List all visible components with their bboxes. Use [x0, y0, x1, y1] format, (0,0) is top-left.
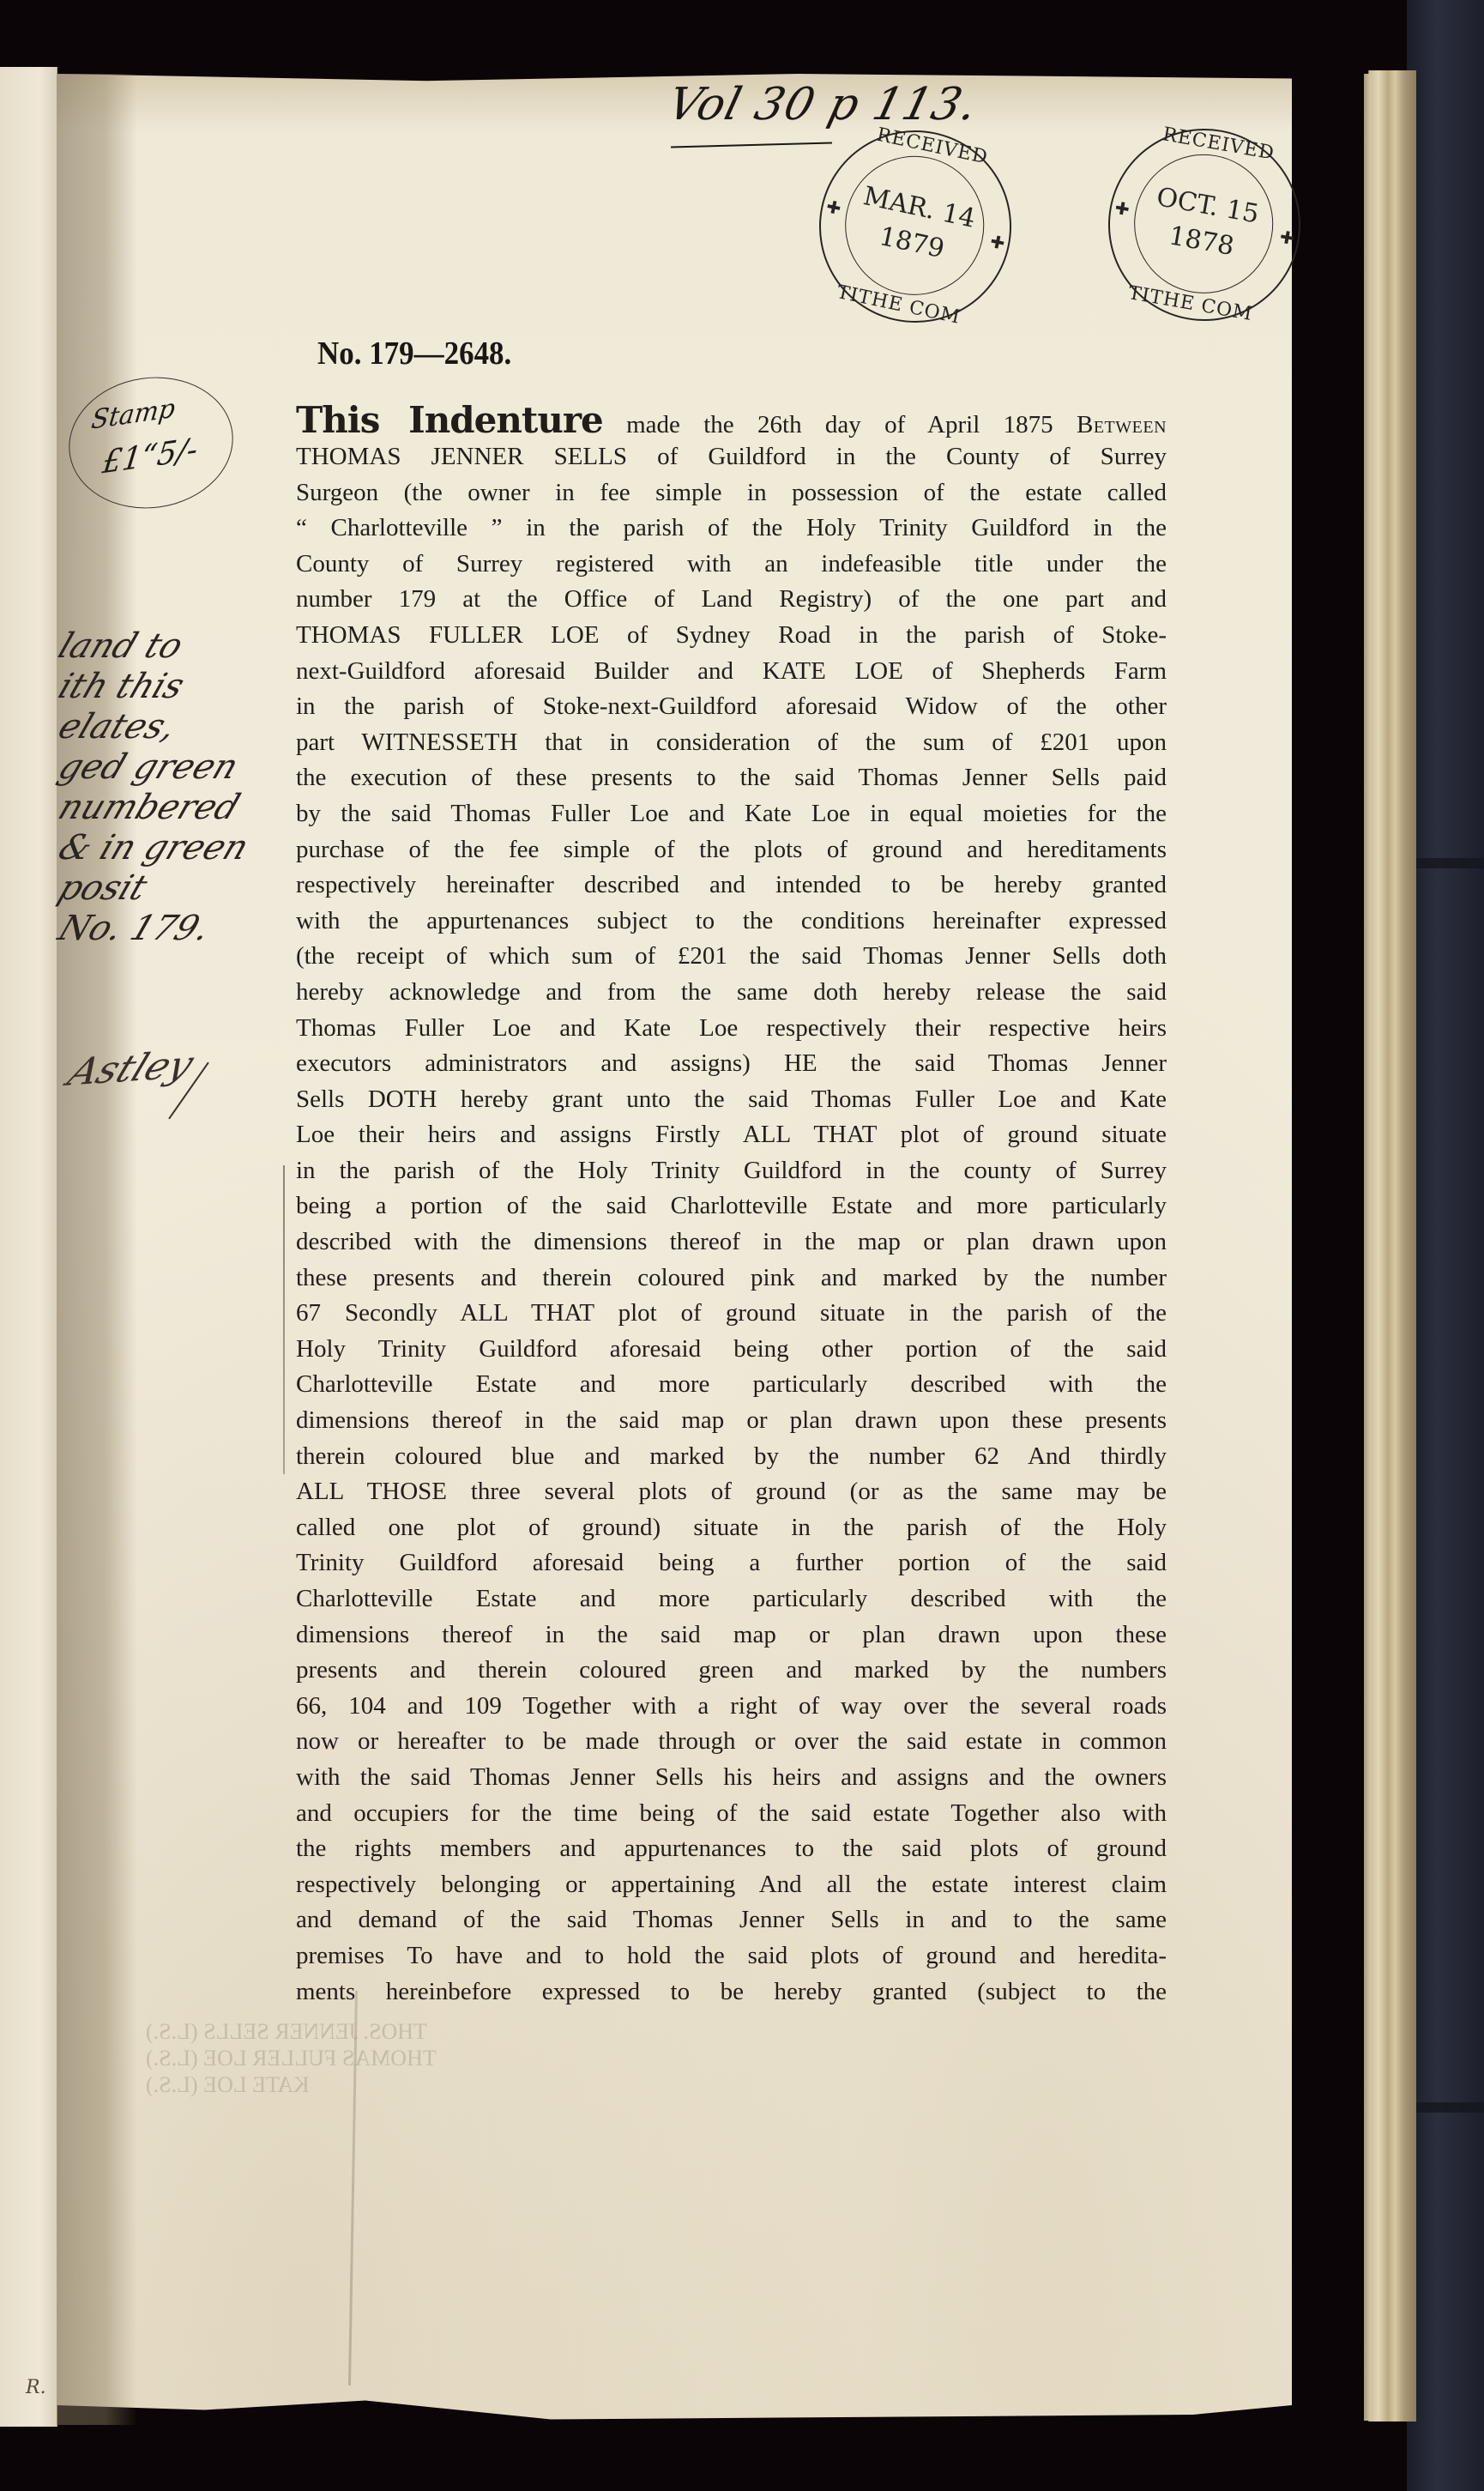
deed-line: Surgeon (the owner in fee simple in poss…	[296, 475, 1167, 511]
deed-line: executors administrators and assigns) HE…	[296, 1046, 1167, 1082]
cover-band	[1415, 2102, 1484, 2113]
deed-line: Loe their heirs and assigns Firstly ALL …	[296, 1117, 1167, 1153]
margin-line: & in green	[52, 828, 307, 868]
deed-line: 66, 104 and 109 Together with a right of…	[296, 1689, 1167, 1725]
deed-line: THOMAS JENNER SELLS of Guildford in the …	[296, 439, 1167, 475]
deed-line: next-Guildford aforesaid Builder and KAT…	[296, 654, 1167, 690]
margin-line: ged green	[52, 747, 307, 788]
deed-line: Thomas Fuller Loe and Kate Loe respectiv…	[296, 1011, 1167, 1047]
stamp-duty-label: Stamp	[89, 393, 177, 436]
deed-line: and demand of the said Thomas Jenner Sel…	[296, 1902, 1167, 1938]
deed-line: the execution of these presents to the s…	[296, 760, 1167, 796]
opening-blackletter: This Indenture	[296, 399, 603, 441]
deed-line: Trinity Guildford aforesaid being a furt…	[296, 1545, 1167, 1581]
margin-line: ith this	[52, 667, 307, 707]
between-word: Between	[1077, 411, 1167, 438]
deed-line: purchase of the fee simple of the plots …	[296, 832, 1167, 868]
stacked-page-edges	[1368, 70, 1416, 2421]
showthrough-line: THOMAS FULLER LOE (L.S.)	[146, 2045, 566, 2071]
deed-line: presents and therein coloured green and …	[296, 1653, 1167, 1689]
deed-line: these presents and therein coloured pink…	[296, 1261, 1167, 1297]
deed-body: This Indenture made the 26th day of Apri…	[296, 396, 1167, 2010]
deed-line: County of Surrey registered with an inde…	[296, 547, 1167, 583]
deed-line-1: This Indenture made the 26th day of Apri…	[296, 396, 1167, 439]
deed-line: number 179 at the Office of Land Registr…	[296, 582, 1167, 618]
opening-text: made the 26th day of April 1875	[626, 411, 1053, 438]
deed-line: in the parish of the Holy Trinity Guildf…	[296, 1153, 1167, 1189]
margin-line: No. 179.	[52, 909, 307, 949]
deed-line: ments hereinbefore expressed to be hereb…	[296, 1974, 1167, 2010]
deed-line: Holy Trinity Guildford aforesaid being o…	[296, 1332, 1167, 1368]
deed-line: with the said Thomas Jenner Sells his he…	[296, 1760, 1167, 1796]
deed-line: described with the dimensions thereof in…	[296, 1224, 1167, 1261]
deed-line: part WITNESSETH that in consideration of…	[296, 725, 1167, 761]
deed-line: being a portion of the said Charlottevil…	[296, 1188, 1167, 1224]
deed-line: Sells DOTH hereby grant unto the said Th…	[296, 1082, 1167, 1118]
deed-line: respectively hereinafter described and i…	[296, 868, 1167, 904]
deed-line: therein coloured blue and marked by the …	[296, 1439, 1167, 1475]
deed-line: in the parish of Stoke-next-Guildford af…	[296, 689, 1167, 725]
showthrough-line: KATE LOE (L.S.)	[146, 2071, 566, 2098]
deed-line: called one plot of ground) situate in th…	[296, 1510, 1167, 1546]
deed-line: Charlotteville Estate and more particula…	[296, 1367, 1167, 1403]
margin-annotation: land to ith this elates, ged green numbe…	[60, 626, 300, 949]
cover-band	[1415, 858, 1484, 868]
deed-line: now or hereafter to be made through or o…	[296, 1724, 1167, 1760]
pencil-bracket-mark	[283, 1165, 285, 1474]
deed-line: “ Charlotteville ” in the parish of the …	[296, 511, 1167, 547]
deed-line: 67 Secondly ALL THAT plot of ground situ…	[296, 1296, 1167, 1332]
deed-line: Charlotteville Estate and more particula…	[296, 1581, 1167, 1617]
deed-line: the rights members and appurtenances to …	[296, 1831, 1167, 1867]
showthrough-line: THOS. JENNER SELLS (L.S.)	[146, 2018, 566, 2045]
deed-line: hereby acknowledge and from the same dot…	[296, 975, 1167, 1011]
book-cover-right	[1407, 0, 1484, 2491]
deed-line: premises To have and to hold the said pl…	[296, 1938, 1167, 1974]
deed-line: respectively belonging or appertaining A…	[296, 1867, 1167, 1903]
deed-line: by the said Thomas Fuller Loe and Kate L…	[296, 796, 1167, 832]
left-facing-page	[0, 67, 57, 2427]
deed-line: dimensions thereof in the said map or pl…	[296, 1403, 1167, 1439]
deed-number: No. 179—2648.	[317, 335, 511, 372]
margin-line: land to	[52, 626, 307, 667]
deed-line: dimensions thereof in the said map or pl…	[296, 1617, 1167, 1654]
volume-reference: Vol 30 p 113.	[663, 79, 984, 130]
deed-line: ALL THOSE three several plots of ground …	[296, 1474, 1167, 1510]
deed-line: with the appurtenances subject to the co…	[296, 904, 1167, 940]
deed-line: (the receipt of which sum of £201 the sa…	[296, 939, 1167, 975]
margin-line: numbered	[52, 788, 307, 828]
margin-line: posit	[52, 868, 307, 909]
deed-line: and occupiers for the time being of the …	[296, 1796, 1167, 1832]
margin-line: elates,	[52, 707, 307, 747]
deed-line: THOMAS FULLER LOE of Sydney Road in the …	[296, 618, 1167, 654]
left-page-mark: R.	[26, 2377, 46, 2398]
page-edge-inner	[1364, 74, 1371, 2421]
showthrough-signatures: THOS. JENNER SELLS (L.S.) THOMAS FULLER …	[146, 2018, 566, 2098]
stamp-duty-amount: £1“5/-	[100, 432, 200, 481]
